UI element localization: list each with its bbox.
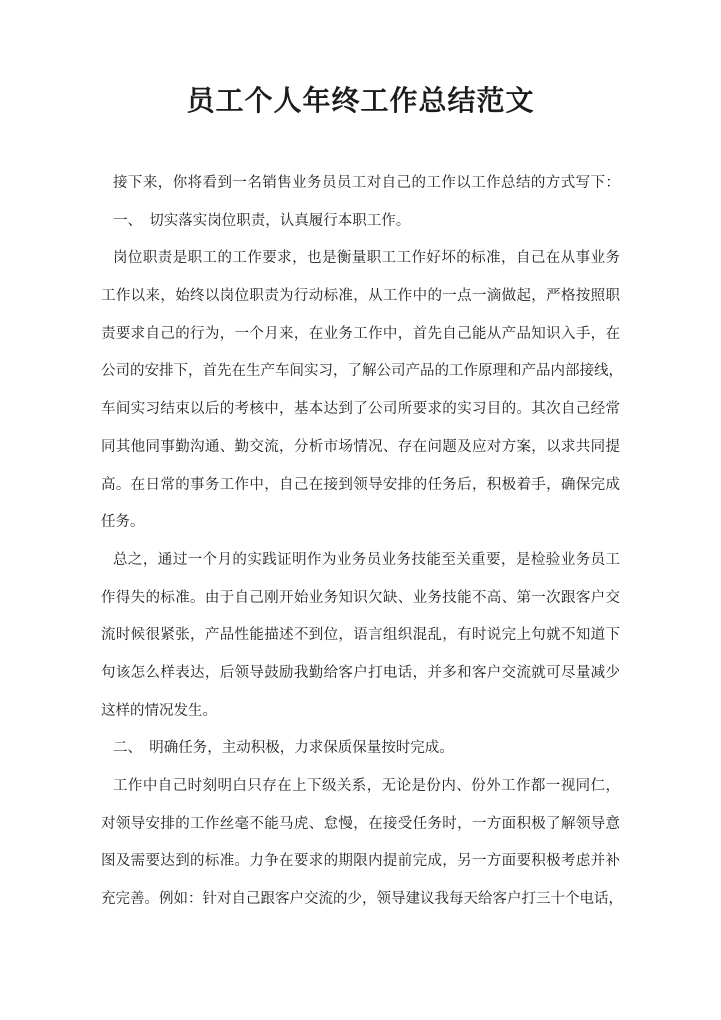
text-line: 责要求自己的行为，一个月来，在业务工作中，首先自己能从产品知识入手，在 [101,316,620,354]
text-line: 工作中自己时刻明白只存在上下级关系，无论是份内、份外工作都一视同仁， [101,768,620,806]
text-line: 这样的情况发生。 [101,693,620,731]
section-heading-1: 一、 切实落实岗位职责，认真履行本职工作。 [101,203,620,241]
text-line: 图及需要达到的标准。力争在要求的期限内提前完成，另一方面要积极考虑并补 [101,843,620,881]
text-line: 高。在日常的事务工作中，自己在接到领导安排的任务后，积极着手，确保完成 [101,467,620,505]
text-line: 任务。 [101,504,620,542]
text-line: 车间实习结束以后的考核中，基本达到了公司所要求的实习目的。其次自己经常 [101,391,620,429]
document-body: 接下来，你将看到一名销售业务员员工对自己的工作以工作总结的方式写下： 一、 切实… [101,165,620,919]
text-line: 公司的安排下，首先在生产车间实习，了解公司产品的工作原理和产品内部接线， [101,353,620,391]
text-line: 作得失的标准。由于自己刚开始业务知识欠缺、业务技能不高、第一次跟客户交 [101,580,620,618]
document-page: 员工个人年终工作总结范文 接下来，你将看到一名销售业务员员工对自己的工作以工作总… [0,0,721,1020]
text-line: 句该怎么样表达，后领导鼓励我勤给客户打电话，并多和客户交流就可尽量减少 [101,655,620,693]
document-title: 员工个人年终工作总结范文 [0,83,721,120]
text-line: 岗位职责是职工的工作要求，也是衡量职工工作好坏的标准，自己在从事业务 [101,240,620,278]
text-line: 工作以来，始终以岗位职责为行动标准，从工作中的一点一滴做起，严格按照职 [101,278,620,316]
text-line: 对领导安排的工作丝毫不能马虎、怠慢，在接受任务时，一方面积极了解领导意 [101,806,620,844]
intro-line: 接下来，你将看到一名销售业务员员工对自己的工作以工作总结的方式写下： [101,165,620,203]
text-line: 总之，通过一个月的实践证明作为业务员业务技能至关重要，是检验业务员工 [101,542,620,580]
section-heading-2: 二、 明确任务，主动积极，力求保质保量按时完成。 [101,730,620,768]
text-line: 同其他同事勤沟通、勤交流，分析市场情况、存在问题及应对方案，以求共同提 [101,429,620,467]
text-line: 充完善。例如：针对自己跟客户交流的少，领导建议我每天给客户打三十个电话， [101,881,620,919]
text-line: 流时候很紧张，产品性能描述不到位，语言组织混乱，有时说完上句就不知道下 [101,617,620,655]
